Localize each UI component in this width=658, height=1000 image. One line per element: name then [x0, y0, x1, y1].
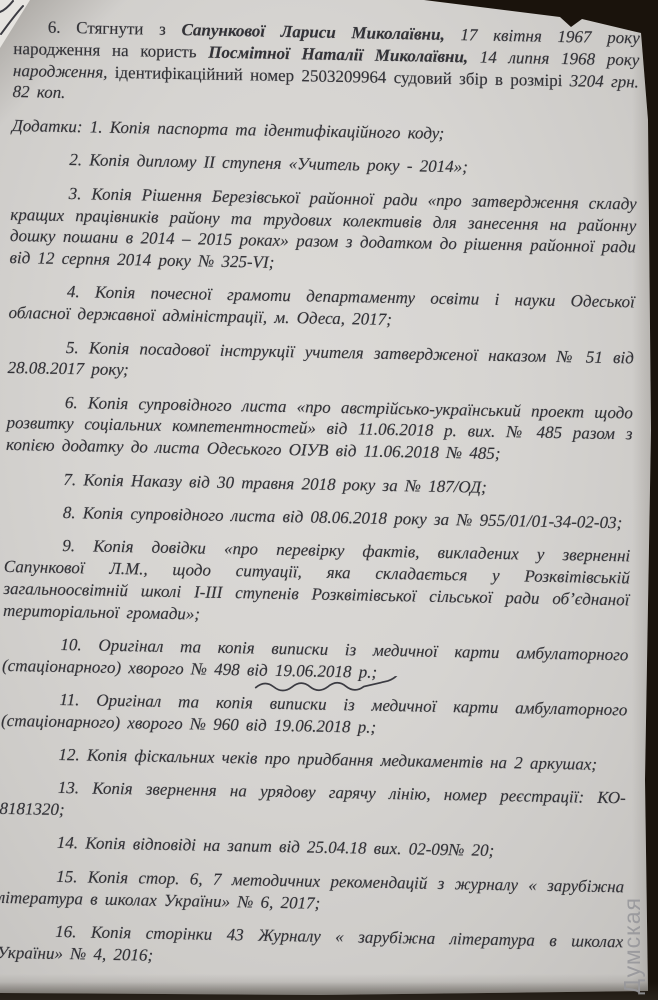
attachment-item-14: 14. Копія відповіді на запит від 25.04.1…	[0, 831, 625, 864]
attachment-item-12: 12. Копія фіскальних чеків про придбання…	[0, 743, 626, 776]
attachment-item-15: 15. Копія стор. 6, 7 методичних рекоменд…	[0, 865, 624, 920]
attachment-text: 13. Копія звернення на урядову гарячу лі…	[0, 778, 626, 819]
attachment-text: 8. Копія супровідного листа від 08.06.20…	[63, 503, 623, 532]
attachment-text: 15. Копія стор. 6, 7 методичних рекоменд…	[0, 867, 624, 913]
attachment-text: 5. Копія посадової інструкції учителя за…	[7, 338, 634, 380]
attachment-text: 7. Копія Наказу від 30 травня 2018 року …	[63, 470, 487, 497]
attachment-text: 10. Оригінал та копія виписки із медично…	[2, 635, 629, 682]
paragraph-6: 6. Стягнути з Сапункової Лариси Миколаїв…	[12, 16, 639, 115]
attachment-text: Додатки: 1. Копія паспорта та ідентифіка…	[12, 116, 445, 143]
para6-seg: Посмітної Наталії Миколаївни,	[208, 42, 468, 66]
attachment-item-4: 4. Копія почесної грамоти департаменту о…	[8, 280, 635, 335]
attachment-item-1: Додатки: 1. Копія паспорта та ідентифіка…	[12, 115, 638, 148]
attachment-item-16: 16. Копія сторінки 43 Журналу « зарубіжн…	[0, 920, 623, 975]
photo-background: 6. Стягнути з Сапункової Лариси Миколаїв…	[0, 0, 658, 1000]
attachment-item-2: 2. Копія диплому ІІ ступеня «Учитель рок…	[11, 148, 637, 181]
attachment-item-10: 10. Оригінал та копія виписки із медично…	[2, 633, 629, 688]
document-text: 6. Стягнути з Сапункової Лариси Миколаїв…	[0, 16, 640, 986]
para6-seg: 6. Стягнути з	[48, 18, 182, 39]
attachment-text: 9. Копія довідки «про перевірку фактів, …	[3, 536, 630, 623]
attachment-item-8: 8. Копія супровідного листа від 08.06.20…	[5, 501, 631, 534]
attachment-text: 2. Копія диплому ІІ ступеня «Учитель рок…	[69, 151, 468, 177]
attachment-item-11: 11. Оригінал та копія виписки із медично…	[1, 688, 628, 743]
attachment-item-13: 13. Копія звернення на урядову гарячу лі…	[0, 776, 626, 831]
attachment-item-7: 7. Копія Наказу від 30 травня 2018 року …	[5, 467, 631, 500]
attachment-item-5: 5. Копія посадової інструкції учителя за…	[7, 336, 634, 391]
attachment-item-3: 3. Копія Рішення Березівської районної р…	[9, 182, 636, 281]
attachment-text: 14. Копія відповіді на запит від 25.04.1…	[57, 833, 495, 860]
attachment-text: 16. Копія сторінки 43 Журналу « зарубіжн…	[0, 922, 623, 965]
attachment-text: 4. Копія почесної грамоти департаменту о…	[8, 282, 635, 329]
attachment-text: 12. Копія фіскальних чеків про придбання…	[58, 745, 597, 774]
para6-seg: Сапункової Лариси Миколаївни,	[181, 20, 445, 44]
para6-seg: народження на користь	[13, 39, 208, 62]
attachment-text: 6. Копія супровідного листа «про австрій…	[6, 393, 633, 464]
attachment-item-6: 6. Копія супровідного листа «про австрій…	[6, 391, 633, 468]
para6-seg: 17 квітня 1967 року	[445, 25, 640, 48]
attachment-item-9: 9. Копія довідки «про перевірку фактів, …	[3, 534, 630, 633]
attachment-text: 11. Оригінал та копія виписки із медично…	[1, 690, 628, 737]
attachment-text: 3. Копія Рішення Березівської районної р…	[9, 184, 636, 272]
watermark-dumskaya: Думская	[619, 897, 646, 994]
